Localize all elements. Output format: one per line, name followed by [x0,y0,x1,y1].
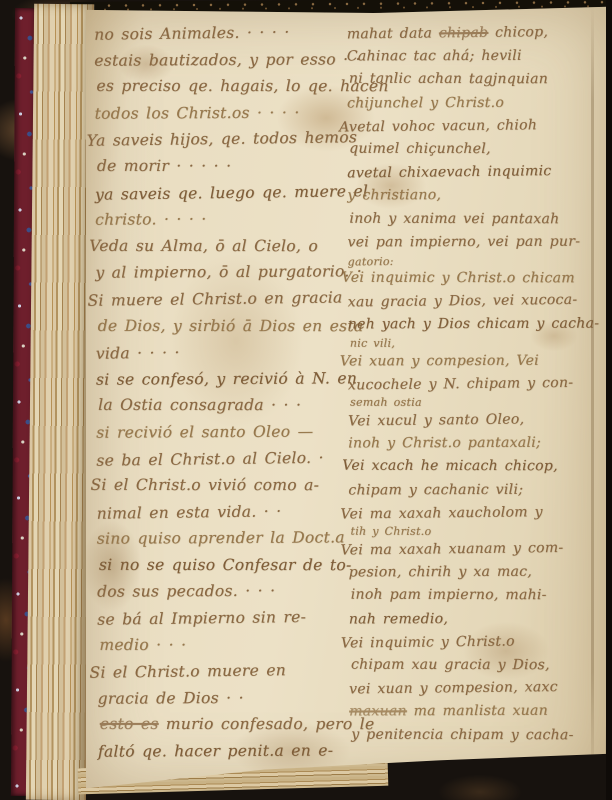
manuscript-line: sino quiso aprender la Doct.a [97,525,359,553]
manuscript-line: nic vili, [350,336,602,350]
manuscript-line: la Ostia consagrada · · · [98,392,360,419]
manuscript-line: y penitencia chipam y cacha- [351,723,603,747]
manuscript-line: Vei xucul y santo Oleo, [348,408,600,434]
manuscript-line: estais bautizados, y por esso · · [94,46,356,74]
manuscript-line: Ya saveis hijos, qe. todos hemos [87,125,357,155]
manuscript-line: faltó qe. hacer penit.a en e- [98,737,360,765]
manuscript-line: todos los Christ.os · · · · [94,99,356,127]
manuscript-line: Avetal vohoc vacun, chioh [339,113,599,139]
manuscript-line: de morir · · · · · [97,153,359,180]
manuscript-page: no sois Animales. · · · ·estais bautizad… [86,6,608,790]
manuscript-line: nimal en esta vida. · · [96,497,358,527]
manuscript-line: si recivió el santo Oleo — [96,418,358,446]
manuscript-line: si no se quiso Confesar de to- [99,552,361,579]
manuscript-line: de Dios, y sirbió ā Dios en esta [98,312,360,339]
manuscript-line: xucochele y N. chipam y con- [348,371,600,397]
manuscript-line: neh yach y Dios chicam y cacha- [348,313,600,337]
manuscript-line: Vei inquimic y Christ.o [341,629,601,655]
manuscript-line: Cahinac tac ahá; hevili [347,45,599,69]
manuscript-line: mahat data chipab chicop, [347,21,599,47]
manuscript-line: y christiano, [347,184,599,208]
manuscript-line: christo. · · · · [95,205,357,233]
manuscript-line: se ba el Christ.o al Cielo. · [96,444,358,474]
manuscript-line: maxuan ma manlista xuan [349,700,601,724]
manuscript-line: Si muere el Christ.o en gracia [87,284,357,314]
manuscript-line: Vei ma xaxah xaucholom y [340,500,600,526]
manuscript-line: Vei ma xaxah xuanam y com- [340,537,600,563]
manuscript-line: Vei inquimic y Christ.o chicam [342,267,602,291]
manuscript-line: chipam y cachanic vili; [348,478,600,502]
manuscript-line: inoh y xanima vei pantaxah [349,207,601,231]
manuscript-line: esto es murio confesado, pero le [100,711,362,738]
struck-text: chipab [439,25,489,42]
manuscript-line: vei pan impierno, vei pan pur- [347,230,599,254]
manuscript-line: es preciso qe. hagais, lo qe. hacen [96,73,358,100]
manuscript-photo: no sois Animales. · · · ·estais bautizad… [0,0,612,800]
manuscript-line: nah remedio, [349,607,601,631]
manuscript-line: Vei xuan y compesion, Vei [340,349,600,373]
manuscript-line: pesion, chirih y xa mac, [349,561,601,585]
manuscript-line: ni tanlic achan tagjnquian [349,68,601,92]
manuscript-line: dos sus pecados. · · · [97,578,359,606]
manuscript-line: vei xuan y compesion, xaxc [349,676,601,702]
manuscript-line: Veda su Alma, ō al Cielo, o [89,233,359,260]
manuscript-line: y al impierno, ō al purgatorio. · [95,259,357,287]
manuscript-line: quimel chiçunchel, [349,138,601,162]
manuscript-line: ya saveis qe. luego qe. muere el [95,178,357,208]
manuscript-line: chipam xau gracia y Dios, [351,654,603,678]
manuscript-line: Si el Christ.o vivió como a- [90,472,360,499]
page-fore-edge-stack [26,4,94,800]
backdrop-right-gap [606,0,612,800]
manuscript-line: xau gracia y Dios, vei xucoca- [348,289,600,315]
manuscript-line: avetal chixaevach inquimic [347,160,599,186]
manuscript-line: inoh y Christ.o pantaxali; [348,432,600,456]
manuscript-line: si se confesó, y recivió à N. en [96,365,358,393]
struck-text: maxuan [349,704,407,720]
manuscript-line: gracia de Dios · · [98,684,360,712]
struck-text: esto es [100,715,159,733]
manuscript-line: se bá al Impierno sin re- [97,603,359,633]
manuscript-line: chijunchel y Christ.o [347,91,599,115]
manuscript-column-left: no sois Animales. · · · ·estais bautizad… [94,19,360,765]
manuscript-column-right: mahat data chipab chicop,Cahinac tac ahá… [347,22,602,748]
manuscript-line: medio · · · [99,632,361,659]
manuscript-line: vida · · · · [96,337,358,367]
manuscript-line: inoh pam impierno, mahi- [351,584,603,608]
manuscript-line: Si el Christ.o muere en [89,657,359,687]
manuscript-line: no sois Animales. · · · · [94,18,356,48]
manuscript-line: Vei xcach he micach chicop, [342,455,602,479]
